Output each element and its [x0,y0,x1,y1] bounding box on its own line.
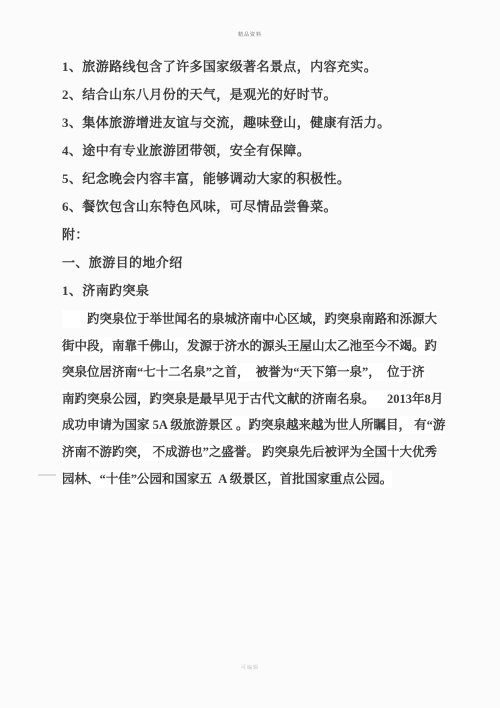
paragraph-line: 成功申请为国家 5A 级旅游景区 。趵突泉越来越为世人所瞩目， 有“游 [62,412,438,439]
margin-artifact [38,474,56,476]
paragraph-line: 南趵突泉公园，趵突泉是最早见于古代文献的济南名泉。 2013年8月 [62,386,438,413]
paragraph-line: 园林、“十佳”公园和国家五 A 级景区，首批国家重点公园。 [62,466,438,493]
paragraph-line: 突泉位居济南“七十二名泉”之首， 被誉为“天下第一泉”， 位于济 [62,359,438,386]
attachment-label: 附： [62,221,438,249]
list-item-3: 3、集体旅游增进友谊与交流，趣味登山，健康有活力。 [62,109,438,137]
list-item-6: 6、餐饮包含山东特色风味，可尽情品尝鲁菜。 [62,193,438,221]
paragraph-line: 趵突泉位于举世闻名的泉城济南中心区域，趵突泉南路和泺源大 [62,306,438,333]
paragraph-line: 济南不游趵突， 不成游也”之盛誉。 趵突泉先后被评为全国十大优秀 [62,439,438,466]
document-page: 精品资料 1、旅游路线包含了许多国家级著名景点，内容充实。 2、结合山东八月份的… [0,0,500,708]
document-content: 1、旅游路线包含了许多国家级著名景点，内容充实。 2、结合山东八月份的天气，是观… [62,53,438,492]
subsection-heading: 1、济南趵突泉 [62,277,438,305]
section-heading: 一、旅游目的地介绍 [62,249,438,277]
list-item-2: 2、结合山东八月份的天气，是观光的好时节。 [62,81,438,109]
list-item-1: 1、旅游路线包含了许多国家级著名景点，内容充实。 [62,53,438,81]
header-watermark: 精品资料 [0,31,500,38]
list-item-4: 4、途中有专业旅游团带领，安全有保障。 [62,137,438,165]
paragraph-baotu-spring: 趵突泉位于举世闻名的泉城济南中心区域，趵突泉南路和泺源大 街中段，南靠千佛山，发… [62,306,438,492]
footer-watermark: 可编辑 [0,664,500,671]
paragraph-line: 街中段，南靠千佛山，发源于济水的源头王屋山太乙池至今不竭。趵 [62,333,438,360]
list-item-5: 5、纪念晚会内容丰富，能够调动大家的积极性。 [62,165,438,193]
